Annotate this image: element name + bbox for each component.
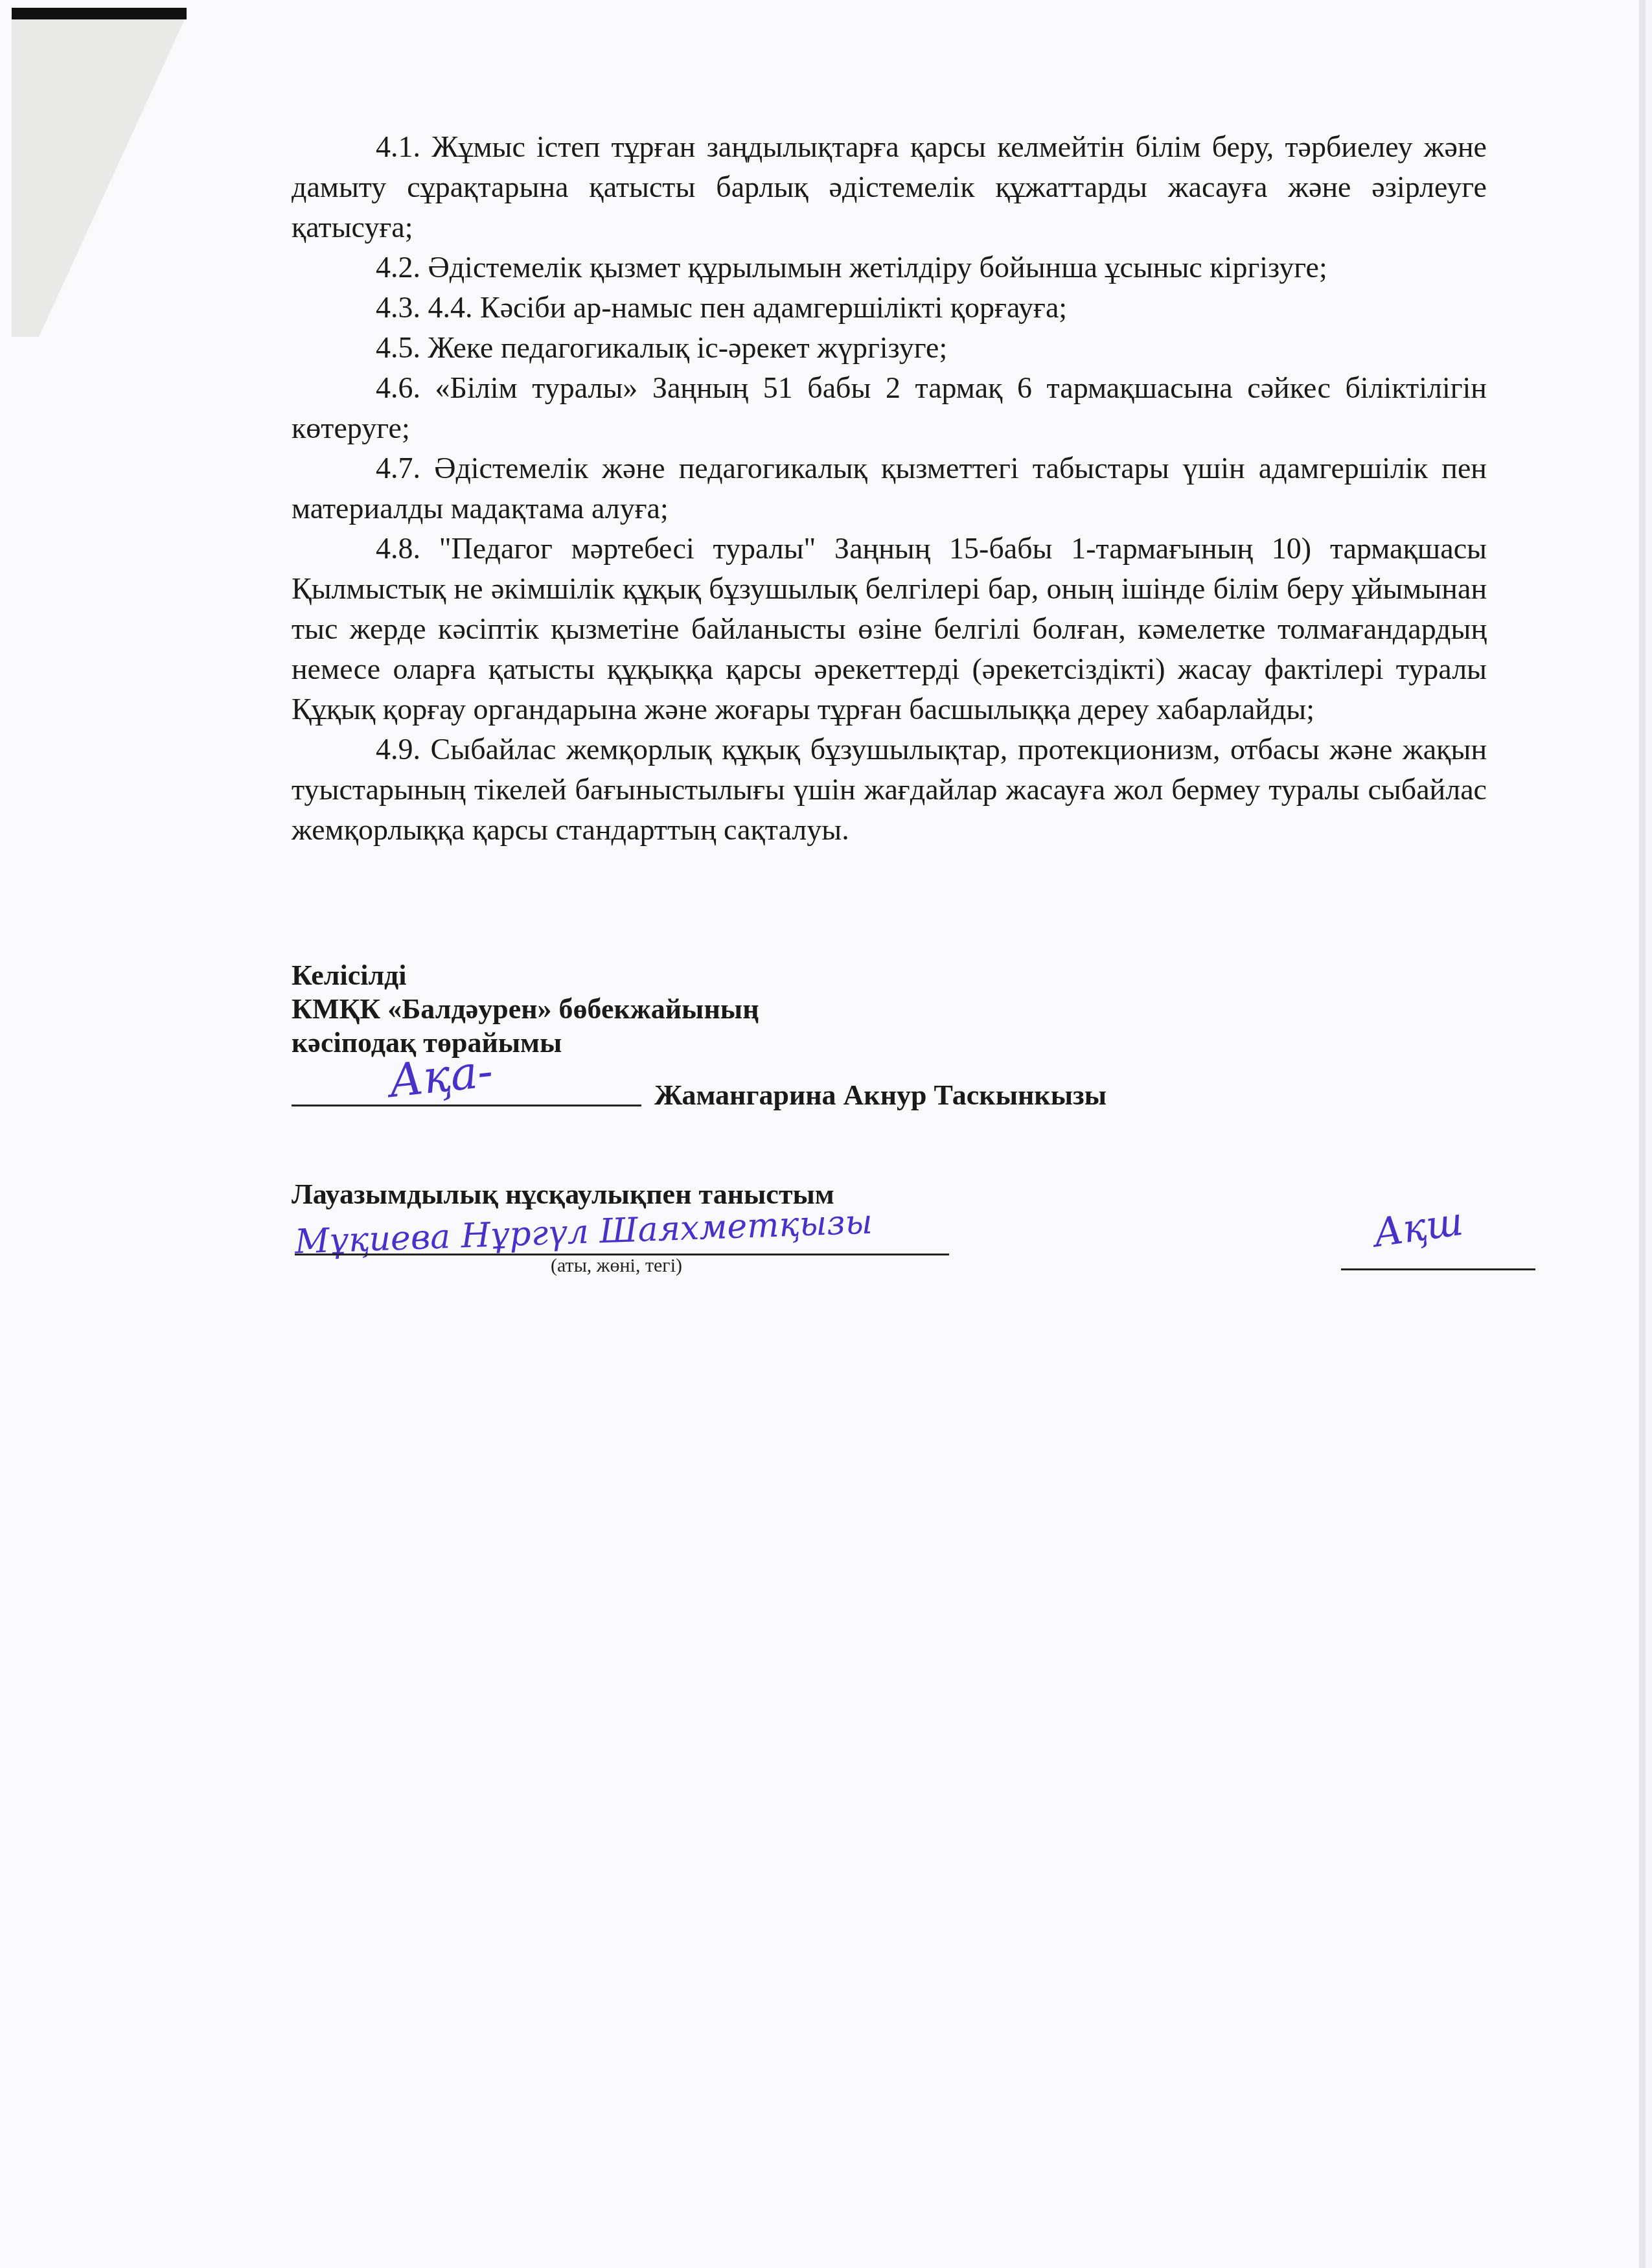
- paragraph-4-1: 4.1. Жұмыс істеп тұрған заңдылықтарға қа…: [292, 127, 1487, 247]
- paragraph-4-5: 4.5. Жеке педагогикалық іс-әрекет жүргіз…: [292, 328, 1487, 368]
- scan-edge-bar: [12, 8, 187, 19]
- paragraph-4-2: 4.2. Әдістемелік қызмет құрылымын жетілд…: [292, 247, 1487, 288]
- organization-name: КМҚК «Балдәурен» бөбекжайының: [292, 992, 759, 1026]
- agreed-label: Келісілді: [292, 959, 759, 992]
- signatory-title: кәсіподақ төрайымы: [292, 1026, 759, 1060]
- employee-handwritten-name: Мұқиева Нұргүл Шаяхметқызы: [294, 1202, 873, 1261]
- agreed-block: Келісілді КМҚК «Балдәурен» бөбекжайының …: [292, 959, 759, 1060]
- paragraph-4-9: 4.9. Сыбайлас жемқорлық құқық бұзушылықт…: [292, 729, 1487, 850]
- scan-right-edge: [1639, 0, 1646, 2268]
- signature-line: [292, 1105, 641, 1106]
- rights-list: 4.1. Жұмыс істеп тұрған заңдылықтарға қа…: [292, 127, 1487, 850]
- union-chair-signature: Ақа-: [386, 1044, 495, 1108]
- paragraph-4-3-4-4: 4.3. 4.4. Кәсіби ар-намыс пен адамгершіл…: [292, 288, 1487, 328]
- paragraph-4-7: 4.7. Әдістемелік және педагогикалық қызм…: [292, 448, 1487, 529]
- employee-signature: Ақш: [1371, 1199, 1466, 1257]
- document-page: 4.1. Жұмыс істеп тұрған заңдылықтарға қа…: [0, 0, 1646, 2268]
- name-caption: (аты, жөні, тегі): [551, 1255, 682, 1277]
- signature-line-right: [1341, 1268, 1535, 1270]
- signatory-name: Жамангарина Акнур Таскынкызы: [654, 1079, 1107, 1112]
- paragraph-4-8: 4.8. "Педагог мәртебесі туралы" Заңның 1…: [292, 529, 1487, 729]
- paragraph-4-6: 4.6. «Білім туралы» Заңның 51 бабы 2 тар…: [292, 368, 1487, 448]
